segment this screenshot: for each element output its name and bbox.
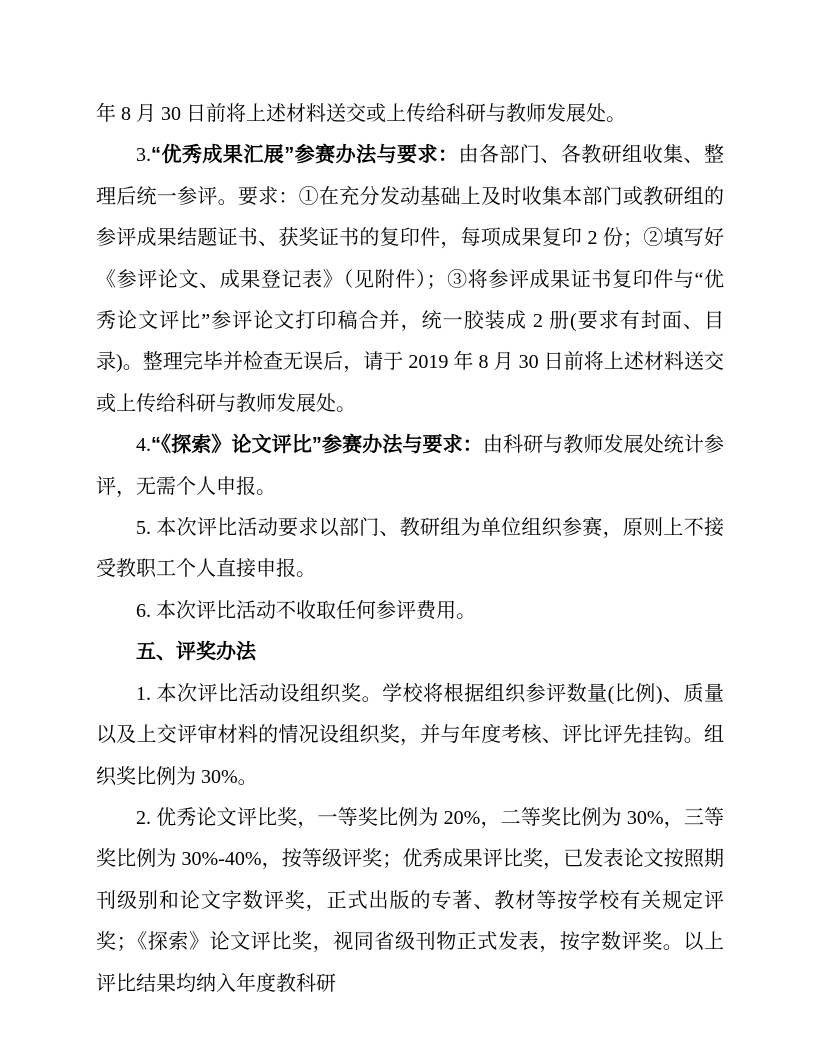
paragraph-text: 5. 本次评比活动要求以部门、教研组为单位组织参赛，原则上不接受教职工个人直接申… xyxy=(96,517,724,580)
item-number: 4. xyxy=(136,434,151,456)
paragraph-text: 年 8 月 30 日前将上述材料送交或上传给科研与教师发展处。 xyxy=(96,103,626,125)
document-page: 年 8 月 30 日前将上述材料送交或上传给科研与教师发展处。 3.“优秀成果汇… xyxy=(0,0,816,1056)
paragraph-award-2: 2. 优秀论文评比奖，一等奖比例为 20%，二等奖比例为 30%，三等奖比例为 … xyxy=(96,798,724,1005)
item-bold-lead: “优秀成果汇展”参赛办法与要求： xyxy=(151,144,458,166)
paragraph-continuation: 年 8 月 30 日前将上述材料送交或上传给科研与教师发展处。 xyxy=(96,94,724,135)
paragraph-text: 2. 优秀论文评比奖，一等奖比例为 20%，二等奖比例为 30%，三等奖比例为 … xyxy=(96,807,724,995)
paragraph-item-3: 3.“优秀成果汇展”参赛办法与要求：由各部门、各教研组收集、整理后统一参评。要求… xyxy=(96,135,724,425)
paragraph-item-5: 5. 本次评比活动要求以部门、教研组为单位组织参赛，原则上不接受教职工个人直接申… xyxy=(96,508,724,591)
paragraph-award-1: 1. 本次评比活动设组织奖。学校将根据组织参评数量(比例)、质量以及上交评审材料… xyxy=(96,674,724,798)
item-number: 3. xyxy=(136,144,151,166)
section-heading-awards: 五、评奖办法 xyxy=(96,632,724,673)
paragraph-text: 6. 本次评比活动不收取任何参评费用。 xyxy=(136,600,476,622)
paragraph-item-4: 4.“《探索》论文评比”参赛办法与要求：由科研与教师发展处统计参评，无需个人申报… xyxy=(96,425,724,508)
item-bold-lead: “《探索》论文评比”参赛办法与要求： xyxy=(151,434,483,456)
paragraph-text: 由各部门、各教研组收集、整理后统一参评。要求：①在充分发动基础上及时收集本部门或… xyxy=(96,144,724,414)
paragraph-text: 1. 本次评比活动设组织奖。学校将根据组织参评数量(比例)、质量以及上交评审材料… xyxy=(96,683,724,788)
paragraph-item-6: 6. 本次评比活动不收取任何参评费用。 xyxy=(96,591,724,632)
section-heading-text: 五、评奖办法 xyxy=(136,641,256,663)
